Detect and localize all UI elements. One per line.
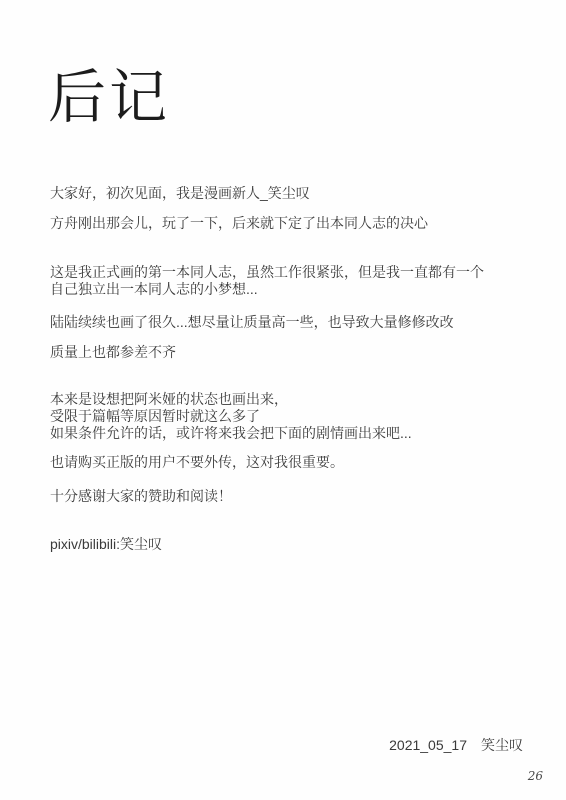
amiya-line-2: 受限于篇幅等原因暂时就这么多了 <box>50 408 536 425</box>
greeting-line: 大家好，初次见面，我是漫画新人_笑尘叹 <box>50 185 536 202</box>
page-number: 26 <box>528 769 543 783</box>
arknights-line: 方舟刚出那会儿，玩了一下，后来就下定了出本同人志的决心 <box>50 215 536 232</box>
author-name: 笑尘叹 <box>481 737 523 753</box>
amiya-line-3: 如果条件允许的话，或许将来我会把下面的剧情画出来吧... <box>50 425 536 442</box>
amiya-paragraph: 本来是设想把阿米娅的状态也画出来， 受限于篇幅等原因暂时就这么多了 如果条件允许… <box>50 391 536 442</box>
date-text: 2021_05_17 <box>389 737 467 753</box>
quality-line: 质量上也都参差不齐 <box>50 344 536 361</box>
progress-line: 陆陆续续也画了很久...想尽量让质量高一些，也导致大量修修改改 <box>50 314 536 331</box>
date-signature: 2021_05_17笑尘叹 <box>389 737 523 754</box>
first-book-line-2: 自己独立出一本同人志的小梦想... <box>50 281 536 298</box>
amiya-line-1: 本来是设想把阿米娅的状态也画出来， <box>50 391 536 408</box>
afterword-page: 后记 大家好，初次见面，我是漫画新人_笑尘叹 方舟刚出那会儿，玩了一下，后来就下… <box>0 0 566 800</box>
thanks-line: 十分感谢大家的赞助和阅读！ <box>50 488 536 505</box>
first-book-line-1: 这是我正式画的第一本同人志，虽然工作很紧张，但是我一直都有一个 <box>50 264 536 281</box>
page-title: 后记 <box>48 66 170 130</box>
anti-piracy-line: 也请购买正版的用户不要外传，这对我很重要。 <box>50 454 536 471</box>
contact-line: pixiv/bilibili:笑尘叹 <box>50 536 536 553</box>
first-book-paragraph: 这是我正式画的第一本同人志，虽然工作很紧张，但是我一直都有一个 自己独立出一本同… <box>50 264 536 298</box>
